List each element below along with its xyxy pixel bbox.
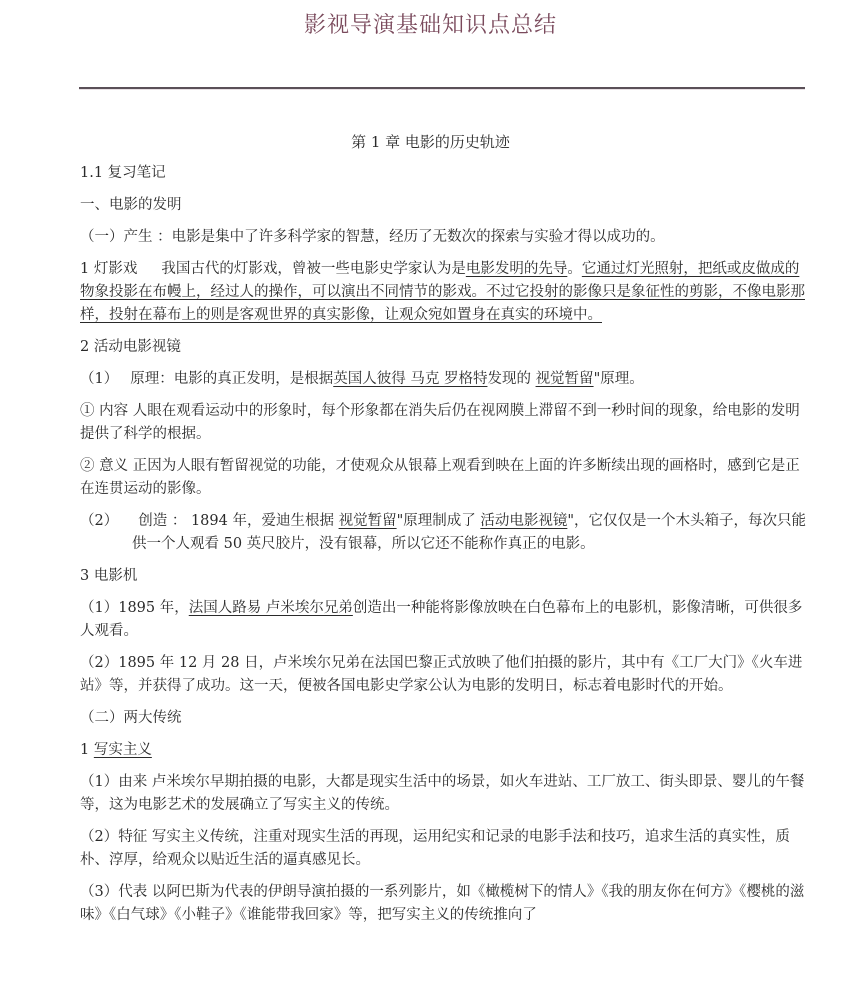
paragraph-projector-1: （1）1895 年，法国人路易 卢米埃尔兄弟创造出一种能将影像放映在白色幕布上的… [80,597,808,643]
origin-text: 电影是集中了许多科学家的智慧，经历了无数次的探索与实验才得以成功的。 [172,229,665,245]
paragraph-projector-2: （2）1895 年 12 月 28 日，卢米埃尔兄弟在法国巴黎正式放映了他们拍摄… [80,652,808,698]
paragraph-realism-representative: （3）代表 以阿巴斯为代表的伊朗导演拍摄的一系列影片，如《橄榄树下的情人》《我的… [80,881,808,927]
paragraph-meaning: ② 意义 正因为人眼有暂留视觉的功能，才使观众从银幕上观看到映在上面的许多断续出… [80,455,808,501]
shadow-play-label: 1 灯影戏 [80,261,137,277]
heading-kinetoscope: 2 活动电影视镜 [80,336,808,359]
document-body: 1.1 复习笔记 一、电影的发明 （一）产生 ：电影是集中了许多科学家的智慧，经… [80,162,808,927]
heading-invention: 一、电影的发明 [80,194,808,217]
section-heading: 1.1 复习笔记 [80,162,808,185]
heading-projector: 3 电影机 [80,565,808,588]
principle-text-b: 发现的 [487,371,535,387]
paragraph-principle: （1）原理：电影的真正发明，是根据英国人彼得 马克 罗格特发现的 视觉暂留"原理… [80,368,808,391]
underlined-roget: 英国人彼得 马克 罗格特 [333,371,487,387]
paragraph-shadow-play: 1 灯影戏我国古代的灯影戏，曾被一些电影史学家认为是电影发明的先导。它通过灯光照… [80,258,808,327]
principle-text: 原理：电影的真正发明，是根据 [130,371,333,387]
principle-text-c: "原理。 [594,371,644,387]
chapter-title: 第 1 章 电影的历史轨迹 [0,131,861,152]
principle-label: （1） [80,371,118,387]
underlined-persistence-2: 视觉暂留 [339,513,397,529]
projector-text: （1）1895 年， [80,600,189,616]
paragraph-realism-feature: （2）特征 写实主义传统，注重对现实生活的再现，运用纪实和记录的电影手法和技巧，… [80,826,808,872]
creation-text: 创造 ： 1894 年，爱迪生根据 [138,513,338,529]
heading-realism: 1 写实主义 [80,739,808,762]
realism-title: 写实主义 [94,742,152,758]
paragraph-content: ① 内容 人眼在观看运动中的形象时，每个形象都在消失后仍在视网膜上滞留不到一秒时… [80,400,808,446]
origin-label: （一）产生 ： [80,229,172,245]
separator: 。 [567,261,582,277]
paragraph-realism-origin: （1）由来 卢米埃尔早期拍摄的电影，大都是现实生活中的场景，如火车进站、工厂放工… [80,771,808,817]
creation-text-b: "原理制成了 [397,513,481,529]
title-rule [79,87,805,89]
creation-label: （2） [80,513,118,529]
paragraph-origin: （一）产生 ：电影是集中了许多科学家的智慧，经历了无数次的探索与实验才得以成功的… [80,226,808,249]
underlined-persistence: 视觉暂留 [536,371,594,387]
underlined-forerunner: 电影发明的先导 [466,261,568,277]
paragraph-creation: （2）创造 ： 1894 年，爱迪生根据 视觉暂留"原理制成了 活动电影视镜"，… [80,510,808,556]
underlined-kinetoscope: 活动电影视镜 [480,513,567,529]
underlined-lumiere: 法国人路易 卢米埃尔兄弟 [189,600,353,616]
heading-two-traditions: （二）两大传统 [80,707,808,730]
shadow-play-text: 我国古代的灯影戏，曾被一些电影史学家认为是 [161,261,466,277]
document-title: 影视导演基础知识点总结 [0,8,861,39]
realism-number: 1 [80,742,94,758]
